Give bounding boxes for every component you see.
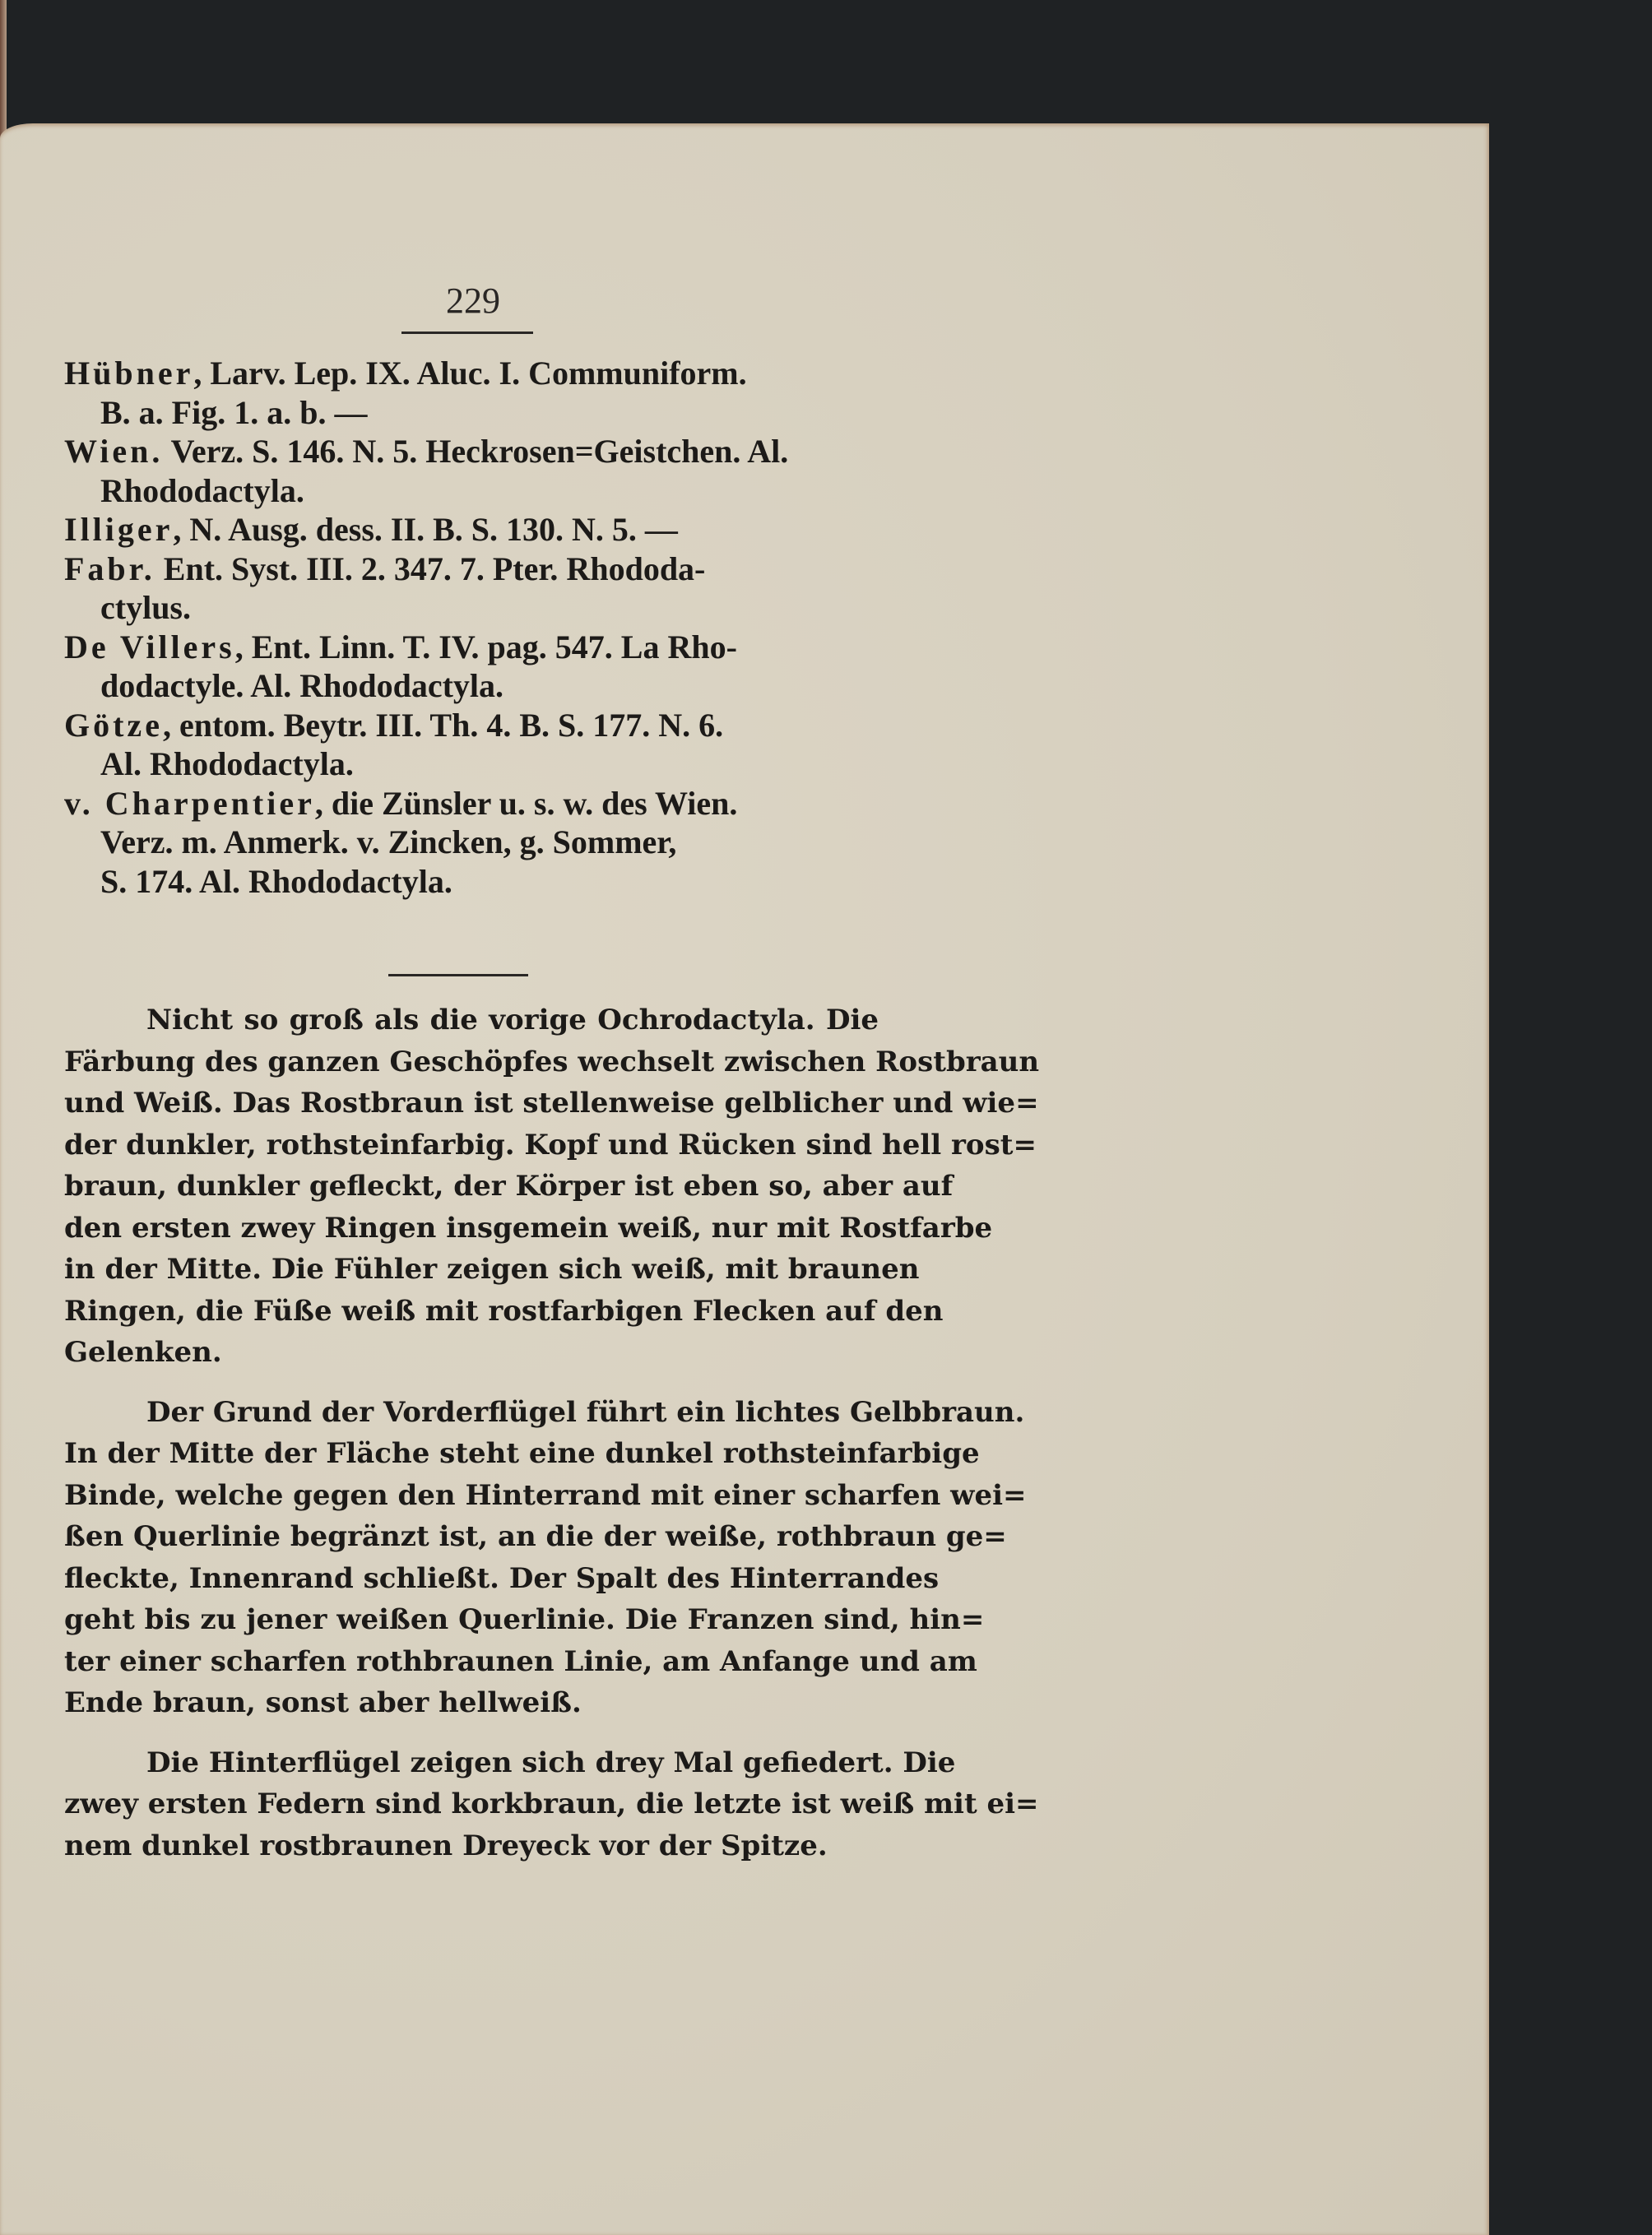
description-body: Nicht so groß als die vorige Ochrodactyl… [64,999,879,1885]
paragraph: Der Grund der Vorderflügel führt ein lic… [64,1392,879,1724]
reference-continuation: B. a. Fig. 1. a. b. — [64,393,879,433]
reference-citation: , die Zünsler u. s. w. des Wien. [315,785,737,822]
reference-entry: Illiger, N. Ausg. dess. II. B. S. 130. N… [64,510,879,549]
reference-citation: B. a. Fig. 1. a. b. — [100,394,367,431]
paragraph: Die Hinterflügel zeigen sich drey Mal ge… [64,1742,879,1867]
reference-citation: Ent. Syst. III. 2. 347. 7. Pter. Rhododa… [155,550,706,587]
reference-citation: , N. Ausg. dess. II. B. S. 130. N. 5. — [173,511,677,548]
reference-citation: , Larv. Lep. IX. Aluc. I. Communiform. [193,355,746,392]
reference-continuation: ctylus. [64,588,879,628]
reference-continuation: S. 174. Al. Rhododactyla. [64,862,879,902]
reference-continuation: Rhododactyla. [64,471,879,511]
reference-author: Hübner [64,355,193,392]
page-number-rule [401,332,533,334]
text-line: Nicht so groß als die vorige Ochrodactyl… [64,999,879,1041]
text-line: zwey ersten Federn sind korkbraun, die l… [64,1783,879,1825]
reference-citation: S. 174. Al. Rhododactyla. [100,863,452,900]
text-line: In der Mitte der Fläche steht eine dunke… [64,1433,879,1475]
text-line: geht bis zu jener weißen Querlinie. Die … [64,1599,879,1641]
reference-continuation: Verz. m. Anmerk. v. Zincken, g. Sommer, [64,823,879,862]
reference-entry: Wien. Verz. S. 146. N. 5. Heckrosen=Geis… [64,432,879,471]
text-line: Der Grund der Vorderflügel führt ein lic… [64,1392,879,1434]
text-line: und Weiß. Das Rostbraun ist stellenweise… [64,1083,879,1124]
reference-continuation: dodactyle. Al. Rhododactyla. [64,666,879,706]
text-line: Ringen, die Füße weiß mit rostfarbigen F… [64,1291,879,1333]
reference-citation: Al. Rhododactyla. [100,745,354,782]
reference-author: De Villers [64,628,235,665]
page-number: 229 [411,280,535,322]
text-line: fleckte, Innenrand schließt. Der Spalt d… [64,1558,879,1600]
reference-author: v. Charpentier [64,785,315,822]
reference-entry: De Villers, Ent. Linn. T. IV. pag. 547. … [64,628,879,667]
reference-citation: Verz. S. 146. N. 5. Heckrosen=Geistchen.… [163,433,788,470]
section-divider [388,974,528,976]
reference-citation: , Ent. Linn. T. IV. pag. 547. La Rho- [235,628,737,665]
text-line: Die Hinterflügel zeigen sich drey Mal ge… [64,1742,879,1784]
text-line: Gelenken. [64,1332,879,1374]
text-line: ter einer scharfen rothbraunen Linie, am… [64,1641,879,1683]
reference-citation: , entom. Beytr. III. Th. 4. B. S. 177. N… [163,707,723,744]
reference-author: Götze [64,707,163,744]
text-line: ßen Querlinie begränzt ist, an die der w… [64,1516,879,1558]
text-line: Binde, welche gegen den Hinterrand mit e… [64,1475,879,1517]
paragraph: Nicht so groß als die vorige Ochrodactyl… [64,999,879,1374]
text-line: Färbung des ganzen Geschöpfes wechselt z… [64,1041,879,1083]
reference-entry: Hübner, Larv. Lep. IX. Aluc. I. Communif… [64,354,879,393]
reference-entry: v. Charpentier, die Zünsler u. s. w. des… [64,784,879,823]
text-line: der dunkler, rothsteinfarbig. Kopf und R… [64,1124,879,1166]
reference-author: Illiger [64,511,173,548]
reference-author: Wien. [64,433,163,470]
reference-citation: dodactyle. Al. Rhododactyla. [100,667,503,704]
text-line: Ende braun, sonst aber hellweiß. [64,1682,879,1724]
references-block: Hübner, Larv. Lep. IX. Aluc. I. Communif… [64,354,879,901]
text-line: braun, dunkler gefleckt, der Körper ist … [64,1166,879,1208]
reference-entry: Götze, entom. Beytr. III. Th. 4. B. S. 1… [64,706,879,745]
reference-entry: Fabr. Ent. Syst. III. 2. 347. 7. Pter. R… [64,549,879,589]
reference-citation: ctylus. [100,589,191,626]
text-line: in der Mitte. Die Fühler zeigen sich wei… [64,1249,879,1291]
text-line: nem dunkel rostbraunen Dreyeck vor der S… [64,1825,879,1867]
reference-citation: Rhododactyla. [100,472,304,509]
text-line: den ersten zwey Ringen insgemein weiß, n… [64,1208,879,1250]
reference-continuation: Al. Rhododactyla. [64,744,879,784]
reference-author: Fabr. [64,550,155,587]
reference-citation: Verz. m. Anmerk. v. Zincken, g. Sommer, [100,823,676,860]
